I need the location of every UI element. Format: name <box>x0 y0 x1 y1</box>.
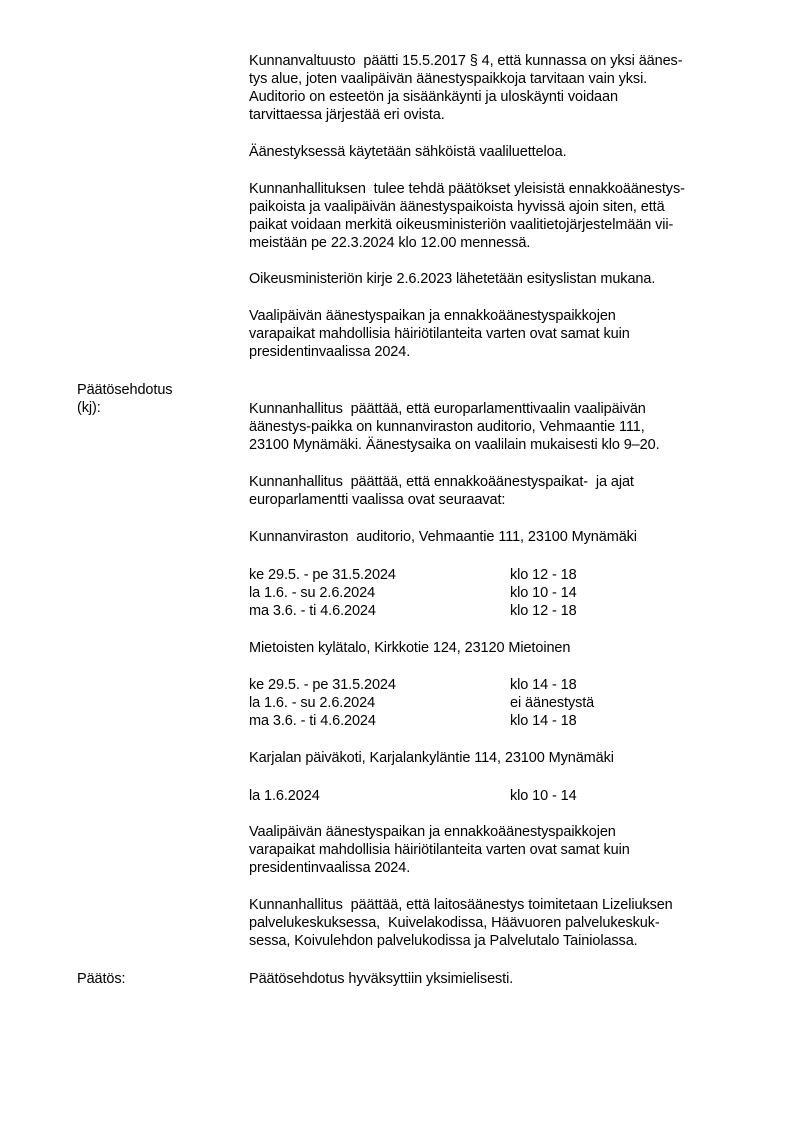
schedule-date: ma 3.6. - ti 4.6.2024 <box>249 712 376 730</box>
location-name: Kunnanviraston auditorio, Vehmaantie 111… <box>249 528 637 546</box>
intro-p3-line: meistään pe 22.3.2024 klo 12.00 mennessä… <box>249 234 530 252</box>
decision-text: Päätösehdotus hyväksyttiin yksimielisest… <box>249 970 513 988</box>
proposal-p4-line: sessa, Koivulehdon palvelukodissa ja Pal… <box>249 932 638 950</box>
proposal-p1-line: 23100 Mynämäki. Äänestysaika on vaalilai… <box>249 436 660 454</box>
schedule-date: ma 3.6. - ti 4.6.2024 <box>249 602 376 620</box>
proposal-label-suffix: (kj): <box>77 399 101 417</box>
schedule-time: klo 12 - 18 <box>510 566 577 584</box>
proposal-p1-line: Kunnanhallitus päättää, että europarlame… <box>249 400 646 418</box>
schedule-date: ke 29.5. - pe 31.5.2024 <box>249 566 396 584</box>
schedule-date: ke 29.5. - pe 31.5.2024 <box>249 676 396 694</box>
intro-p5-line: Vaalipäivän äänestyspaikan ja ennakkoään… <box>249 307 616 325</box>
proposal-p2-line: europarlamentti vaalissa ovat seuraavat: <box>249 491 505 509</box>
intro-p3-line: Kunnanhallituksen tulee tehdä päätökset … <box>249 180 685 198</box>
proposal-p2-line: Kunnanhallitus päättää, että ennakkoääne… <box>249 473 634 491</box>
schedule-time: klo 12 - 18 <box>510 602 577 620</box>
location-name: Mietoisten kylätalo, Kirkkotie 124, 2312… <box>249 639 570 657</box>
intro-p1-line: tys alue, joten vaalipäivän äänestyspaik… <box>249 70 647 88</box>
proposal-p4-line: Kunnanhallitus päättää, että laitosäänes… <box>249 896 673 914</box>
proposal-label: Päätösehdotus <box>77 381 172 399</box>
proposal-p3-line: Vaalipäivän äänestyspaikan ja ennakkoään… <box>249 823 616 841</box>
location-name: Karjalan päiväkoti, Karjalankyläntie 114… <box>249 749 614 767</box>
proposal-p1-line: äänestys-paikka on kunnanviraston audito… <box>249 418 645 436</box>
schedule-time: ei äänestystä <box>510 694 594 712</box>
intro-p1-line: Kunnanvaltuusto päätti 15.5.2017 § 4, et… <box>249 52 682 70</box>
schedule-date: la 1.6. - su 2.6.2024 <box>249 694 375 712</box>
intro-p2-line: Äänestyksessä käytetään sähköistä vaalil… <box>249 143 567 161</box>
intro-p5-line: varapaikat mahdollisia häiriötilanteita … <box>249 325 630 343</box>
schedule-time: klo 10 - 14 <box>510 787 577 805</box>
decision-label: Päätös: <box>77 970 125 988</box>
intro-p4-line: Oikeusministeriön kirje 2.6.2023 lähetet… <box>249 270 655 288</box>
intro-p1-line: tarvittaessa järjestää eri ovista. <box>249 106 445 124</box>
schedule-time: klo 14 - 18 <box>510 676 577 694</box>
document-page: Kunnanvaltuusto päätti 15.5.2017 § 4, et… <box>0 0 794 1122</box>
intro-p1-line: Auditorio on esteetön ja sisäänkäynti ja… <box>249 88 618 106</box>
intro-p3-line: paikoista ja vaalipäivän äänestyspaikois… <box>249 198 665 216</box>
schedule-date: la 1.6.2024 <box>249 787 320 805</box>
schedule-time: klo 14 - 18 <box>510 712 577 730</box>
intro-p3-line: paikat voidaan merkitä oikeusministeriön… <box>249 216 673 234</box>
proposal-p3-line: presidentinvaalissa 2024. <box>249 859 410 877</box>
schedule-date: la 1.6. - su 2.6.2024 <box>249 584 375 602</box>
intro-p5-line: presidentinvaalissa 2024. <box>249 343 410 361</box>
schedule-time: klo 10 - 14 <box>510 584 577 602</box>
proposal-p4-line: palvelukeskuksessa, Kuivelakodissa, Hääv… <box>249 914 660 932</box>
proposal-p3-line: varapaikat mahdollisia häiriötilanteita … <box>249 841 630 859</box>
